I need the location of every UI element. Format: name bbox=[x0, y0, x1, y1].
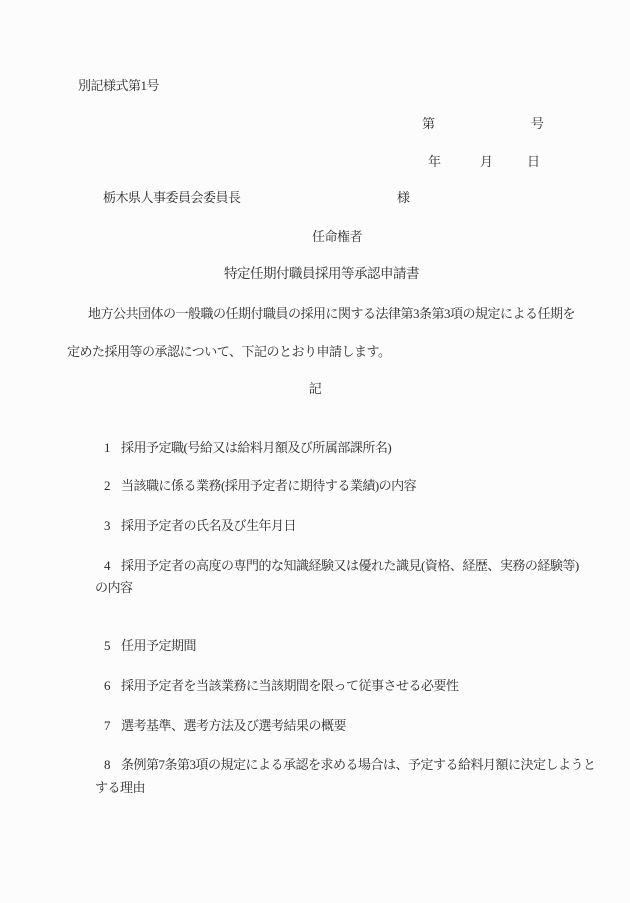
date-year-label: 年 bbox=[428, 154, 441, 170]
doc-number-suffix: 号 bbox=[531, 116, 544, 132]
list-item-7-text: 選考基準、選考方法及び選考結果の概要 bbox=[121, 718, 346, 733]
document-page: 別記様式第1号 第 号 年 月 日 栃木県人事委員会委員長 様 任命権者 特定任… bbox=[0, 0, 630, 903]
list-item-6-text: 採用予定者を当該業務に当該期間を限って従事させる必要性 bbox=[121, 678, 459, 693]
list-item-4-text: 採用予定者の高度の専門的な知識経験又は優れた識見(資格、経歴、実務の経験等) bbox=[121, 558, 579, 573]
list-item-8: 8条例第7条第3項の規定による承認を求める場合は、予定する給料月額に決定しようと bbox=[93, 741, 596, 789]
list-item-4-continuation: の内容 bbox=[95, 580, 133, 596]
list-item-5-number: 5 bbox=[104, 638, 121, 654]
list-item-8-continuation: する理由 bbox=[95, 780, 145, 796]
list-item-1-text: 採用予定職(号給又は給料月額及び所属部課所名) bbox=[121, 440, 391, 455]
list-item-4: 4採用予定者の高度の専門的な知識経験又は優れた識見(資格、経歴、実務の経験等) bbox=[93, 542, 579, 590]
date-day-label: 日 bbox=[527, 154, 540, 170]
record-marker: 記 bbox=[0, 381, 630, 397]
body-paragraph-line-2: 定めた採用等の承認について、下記のとおり申請します。 bbox=[67, 344, 390, 360]
list-item-5-text: 任用予定期間 bbox=[121, 638, 196, 653]
list-item-3-text: 採用予定者の氏名及び生年月日 bbox=[121, 518, 296, 533]
list-item-3-number: 3 bbox=[104, 518, 121, 534]
list-item-6-number: 6 bbox=[104, 678, 121, 694]
appointing-authority-label: 任命権者 bbox=[312, 229, 362, 245]
list-item-4-number: 4 bbox=[104, 558, 121, 574]
addressee: 栃木県人事委員会委員長 bbox=[103, 190, 241, 206]
date-month-label: 月 bbox=[480, 154, 493, 170]
list-item-8-number: 8 bbox=[104, 757, 121, 773]
document-title: 特定任期付職員採用等承認申請書 bbox=[224, 266, 419, 282]
body-paragraph-line-1: 地方公共団体の一般職の任期付職員の採用に関する法律第3条第3項の規定による任期を bbox=[88, 306, 575, 322]
doc-number-prefix: 第 bbox=[422, 116, 435, 132]
addressee-honorific: 様 bbox=[397, 190, 410, 206]
list-item-2-text: 当該職に係る業務(採用予定者に期待する業績)の内容 bbox=[121, 478, 416, 493]
list-item-7-number: 7 bbox=[104, 718, 121, 734]
list-item-8-text: 条例第7条第3項の規定による承認を求める場合は、予定する給料月額に決定しようと bbox=[121, 757, 596, 772]
form-number-label: 別記様式第1号 bbox=[78, 78, 159, 94]
list-item-2-number: 2 bbox=[104, 478, 121, 494]
list-item-1-number: 1 bbox=[104, 440, 121, 456]
